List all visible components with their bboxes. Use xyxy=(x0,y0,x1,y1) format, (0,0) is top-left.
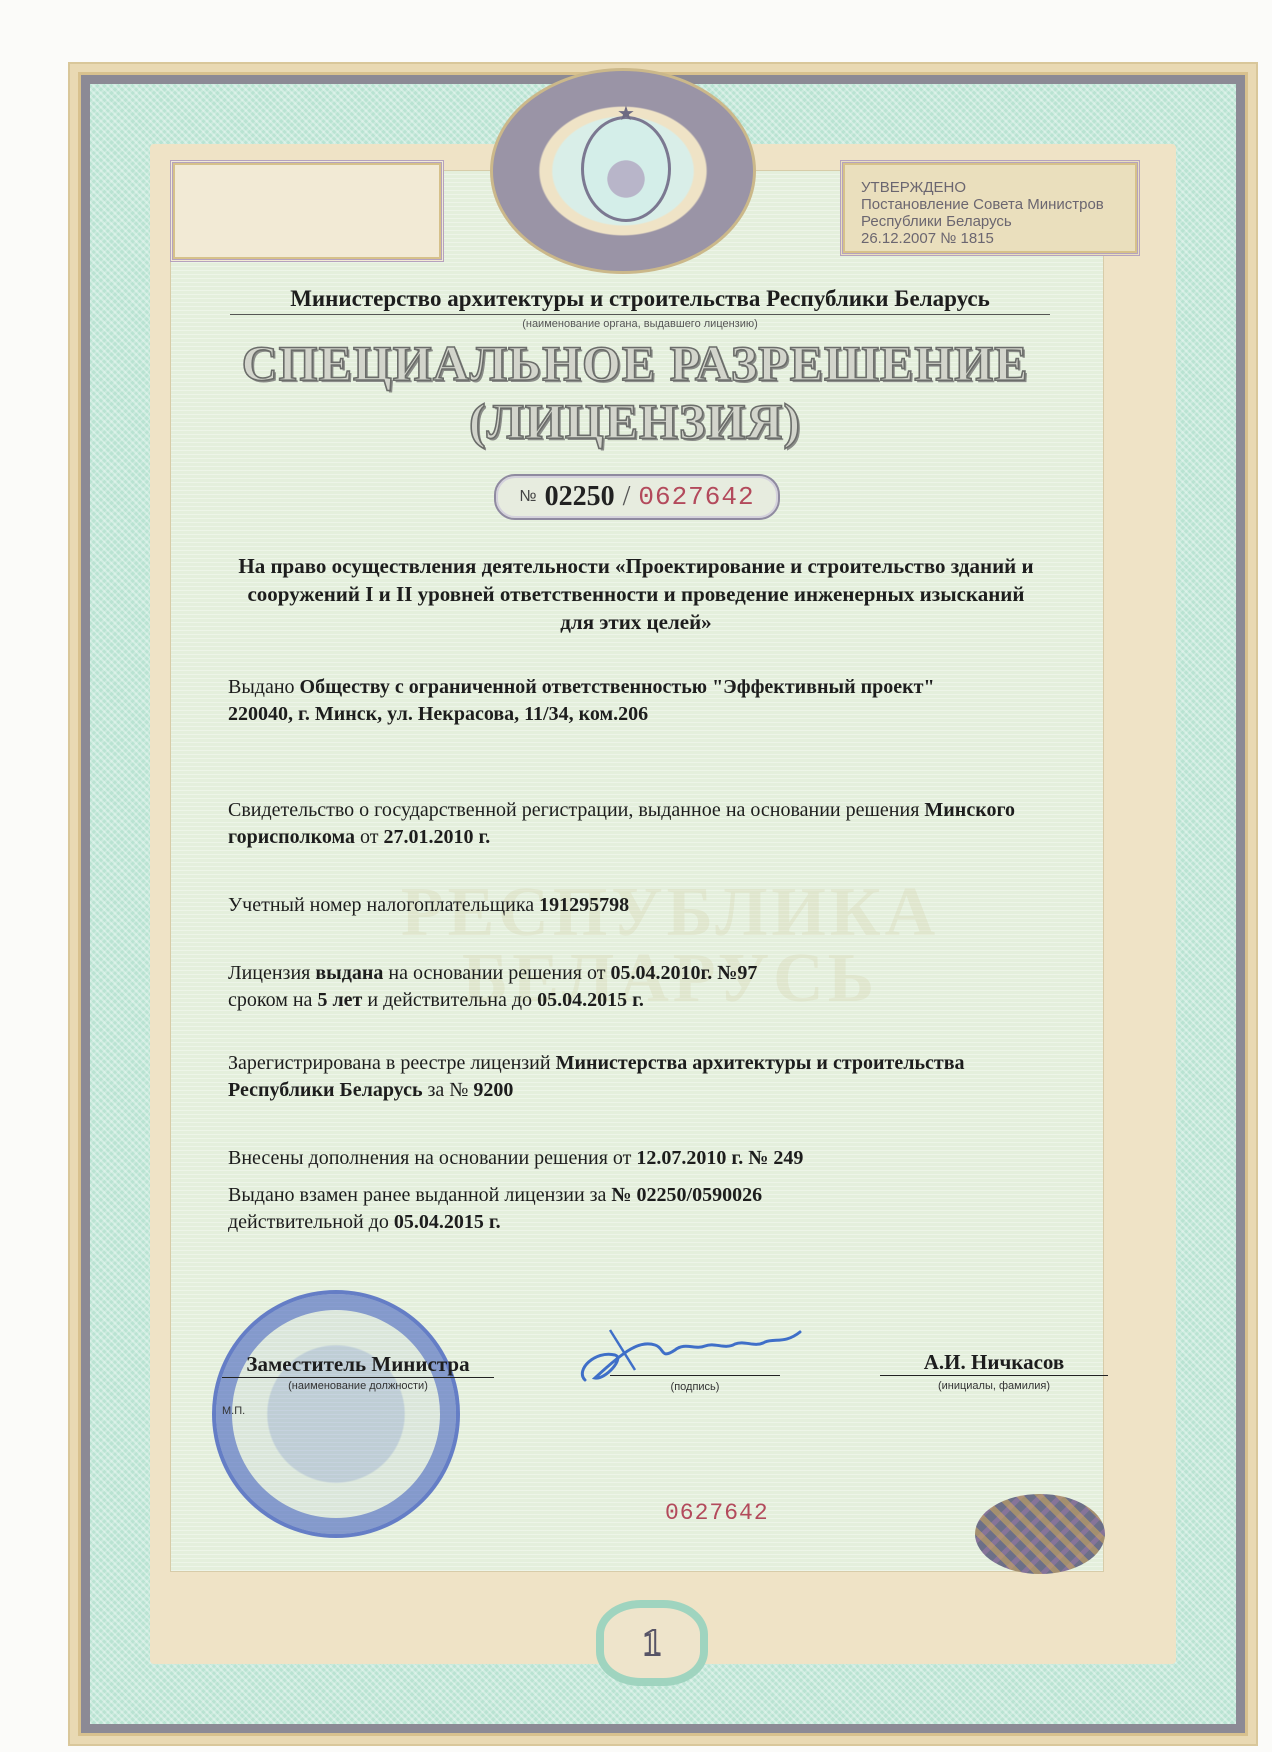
terms-text-3: сроком на xyxy=(228,989,317,1011)
coat-of-arms-icon xyxy=(581,116,671,222)
signatory-position: Заместитель Министра xyxy=(222,1352,494,1378)
registration-text: Свидетельство о государственной регистра… xyxy=(228,799,924,821)
star-icon: ★ xyxy=(617,101,635,126)
number-sign: № xyxy=(519,488,536,506)
issuing-authority-caption: (наименование органа, выдавшего лицензию… xyxy=(230,318,1050,330)
blank-field-box xyxy=(170,160,444,262)
registry-paragraph: Зарегистрирована в реестре лицензий Мини… xyxy=(228,1050,1028,1104)
number-separator: / xyxy=(623,481,631,513)
signature-line xyxy=(610,1375,780,1376)
certificate-content: ★ УТВЕРЖДЕНО Постановление Совета Минист… xyxy=(0,0,1272,1752)
license-valid-until: 05.04.2015 г. xyxy=(537,989,644,1011)
terms-text-2: на основании решения от xyxy=(383,962,610,984)
hologram-icon xyxy=(975,1494,1105,1574)
license-number-badge: № 02250 / 0627642 xyxy=(494,474,780,520)
terms-text-1: Лицензия xyxy=(228,962,315,984)
replacement-paragraph: Выдано взамен ранее выданной лицензии за… xyxy=(228,1182,1028,1236)
registration-text-2: от xyxy=(355,826,383,848)
handwritten-signature xyxy=(565,1310,865,1390)
previous-license-valid-until: 05.04.2015 г. xyxy=(394,1211,501,1233)
license-term: 5 лет xyxy=(317,989,362,1011)
terms-issued-word: выдана xyxy=(315,962,383,984)
registry-text-1: Зарегистрирована в реестре лицензий xyxy=(228,1052,556,1074)
amendments-paragraph: Внесены дополнения на основании решения … xyxy=(228,1145,1028,1172)
bottom-serial-number: 0627642 xyxy=(665,1500,769,1526)
seal-label: М.П. xyxy=(222,1405,245,1417)
state-emblem-medallion: ★ xyxy=(490,68,756,274)
license-terms-paragraph: Лицензия выдана на основании решения от … xyxy=(228,960,1028,1014)
taxpayer-number: 191295798 xyxy=(539,894,629,916)
taxpayer-number-paragraph: Учетный номер налогоплательщика 19129579… xyxy=(228,892,1028,919)
approved-date: 26.12.2007 № 1815 xyxy=(861,230,1137,247)
signature-caption: (подпись) xyxy=(610,1381,780,1393)
licensed-activity: На право осуществления деятельности «Про… xyxy=(236,552,1036,636)
license-series: 02250 xyxy=(545,481,615,513)
issued-to-prefix: Выдано xyxy=(228,676,300,698)
signatory-name-caption: (инициалы, фамилия) xyxy=(880,1380,1108,1392)
organization-name: Обществу с ограниченной ответственностью… xyxy=(300,676,935,698)
signatory-position-caption: (наименование должности) xyxy=(222,1380,494,1392)
taxpayer-label: Учетный номер налогоплательщика xyxy=(228,894,539,916)
previous-license-number: № 02250/0590026 xyxy=(611,1184,762,1206)
organization-address: 220040, г. Минск, ул. Некрасова, 11/34, … xyxy=(228,703,648,725)
approved-block: УТВЕРЖДЕНО Постановление Совета Министро… xyxy=(840,160,1140,256)
approved-title: УТВЕРЖДЕНО xyxy=(861,179,1137,196)
signatory-name: А.И. Ничкасов xyxy=(880,1350,1108,1376)
terms-text-4: и действительна до xyxy=(362,989,537,1011)
registry-number: 9200 xyxy=(473,1079,513,1101)
registration-date: 27.01.2010 г. xyxy=(383,826,490,848)
replacement-text-2: действительной до xyxy=(228,1211,394,1233)
replacement-text-1: Выдано взамен ранее выданной лицензии за xyxy=(228,1184,611,1206)
license-decision: 05.04.2010г. №97 xyxy=(610,962,757,984)
license-serial: 0627642 xyxy=(638,482,754,512)
document-title-line-1: СПЕЦИАЛЬНОЕ РАЗРЕШЕНИЕ xyxy=(150,334,1120,392)
approved-country: Республики Беларусь xyxy=(861,213,1137,230)
amendments-text: Внесены дополнения на основании решения … xyxy=(228,1147,636,1169)
page-number-badge: 1 xyxy=(596,1600,708,1686)
issuing-authority: Министерство архитектуры и строительства… xyxy=(230,286,1050,315)
registry-text-2: за № xyxy=(423,1079,474,1101)
issued-to-paragraph: Выдано Обществу с ограниченной ответстве… xyxy=(228,674,1028,728)
amendments-decision: 12.07.2010 г. № 249 xyxy=(636,1147,803,1169)
document-title-line-2: (ЛИЦЕНЗИЯ) xyxy=(150,392,1120,450)
registration-certificate-paragraph: Свидетельство о государственной регистра… xyxy=(228,797,1028,851)
official-seal-stamp xyxy=(212,1290,460,1538)
approved-resolution: Постановление Совета Министров xyxy=(861,196,1137,213)
